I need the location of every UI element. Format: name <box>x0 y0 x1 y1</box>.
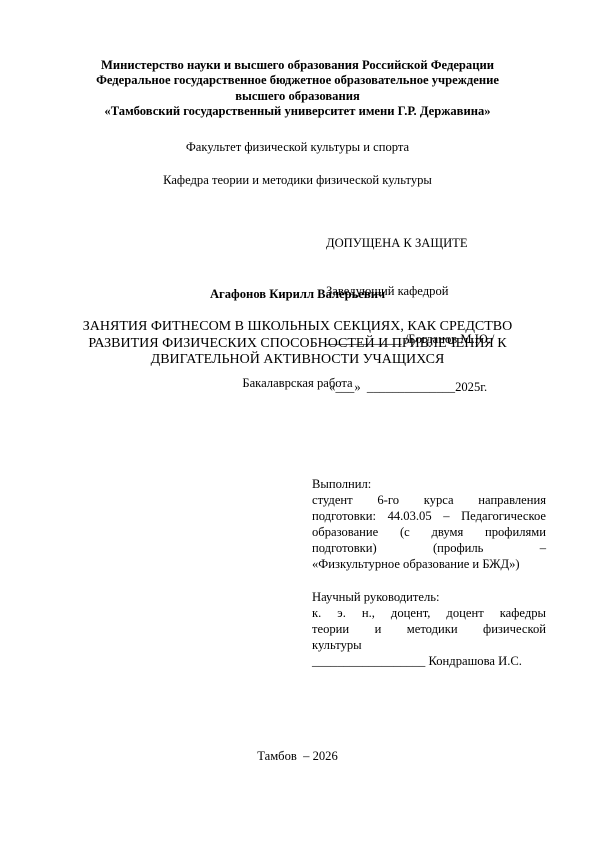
supervisor-line: к. э. н., доцент, доцент кафедры <box>312 605 546 621</box>
supervisor-line: культуры <box>312 637 546 653</box>
thesis-title: ЗАНЯТИЯ ФИТНЕСОМ В ШКОЛЬНЫХ СЕКЦИЯХ, КАК… <box>0 319 595 369</box>
faculty-name: Факультет физической культуры и спорта <box>0 140 595 155</box>
city-year: Тамбов – 2026 <box>0 749 595 764</box>
supervisor-line: теории и методики физической <box>312 621 546 637</box>
department-name: Кафедра теории и методики физической кул… <box>0 173 595 188</box>
thesis-title-line: ДВИГАТЕЛЬНОЙ АКТИВНОСТИ УЧАЩИХСЯ <box>0 352 595 369</box>
supervisor-signature-line: __________________ Кондрашова И.С. <box>312 653 546 669</box>
thesis-title-line: РАЗВИТИЯ ФИЗИЧЕСКИХ СПОСОБНОСТЕЙ И ПРИВЛ… <box>0 336 595 353</box>
institution-type-line: Федеральное государственное бюджетное об… <box>0 73 595 88</box>
university-name-line: «Тамбовский государственный университет … <box>0 104 595 119</box>
ministry-line: Министерство науки и высшего образования… <box>0 58 595 73</box>
education-level-line: высшего образования <box>0 89 595 104</box>
performer-line: образование (с двумя профилями <box>312 524 546 540</box>
performer-line: «Физкультурное образование и БЖД») <box>312 556 546 572</box>
supervisor-block: Научный руководитель: к. э. н., доцент, … <box>312 589 546 669</box>
performer-line: студент 6-го курса направления <box>312 492 546 508</box>
thesis-title-line: ЗАНЯТИЯ ФИТНЕСОМ В ШКОЛЬНЫХ СЕКЦИЯХ, КАК… <box>0 319 595 336</box>
approval-status: ДОПУЩЕНА К ЗАЩИТЕ <box>326 235 494 251</box>
supervisor-label: Научный руководитель: <box>312 589 546 605</box>
performer-line: подготовки) (профиль – <box>312 540 546 556</box>
institution-header: Министерство науки и высшего образования… <box>0 58 595 120</box>
performer-label: Выполнил: <box>312 476 546 492</box>
author-name: Агафонов Кирилл Валерьевич <box>0 287 595 302</box>
performer-block: Выполнил: студент 6-го курса направления… <box>312 476 546 572</box>
document-page: Министерство науки и высшего образования… <box>0 0 595 841</box>
performer-line: подготовки: 44.03.05 – Педагогическое <box>312 508 546 524</box>
work-type: Бакалаврская работа <box>0 376 595 391</box>
approval-block: ДОПУЩЕНА К ЗАЩИТЕ Заведующий кафедрой __… <box>326 203 494 427</box>
